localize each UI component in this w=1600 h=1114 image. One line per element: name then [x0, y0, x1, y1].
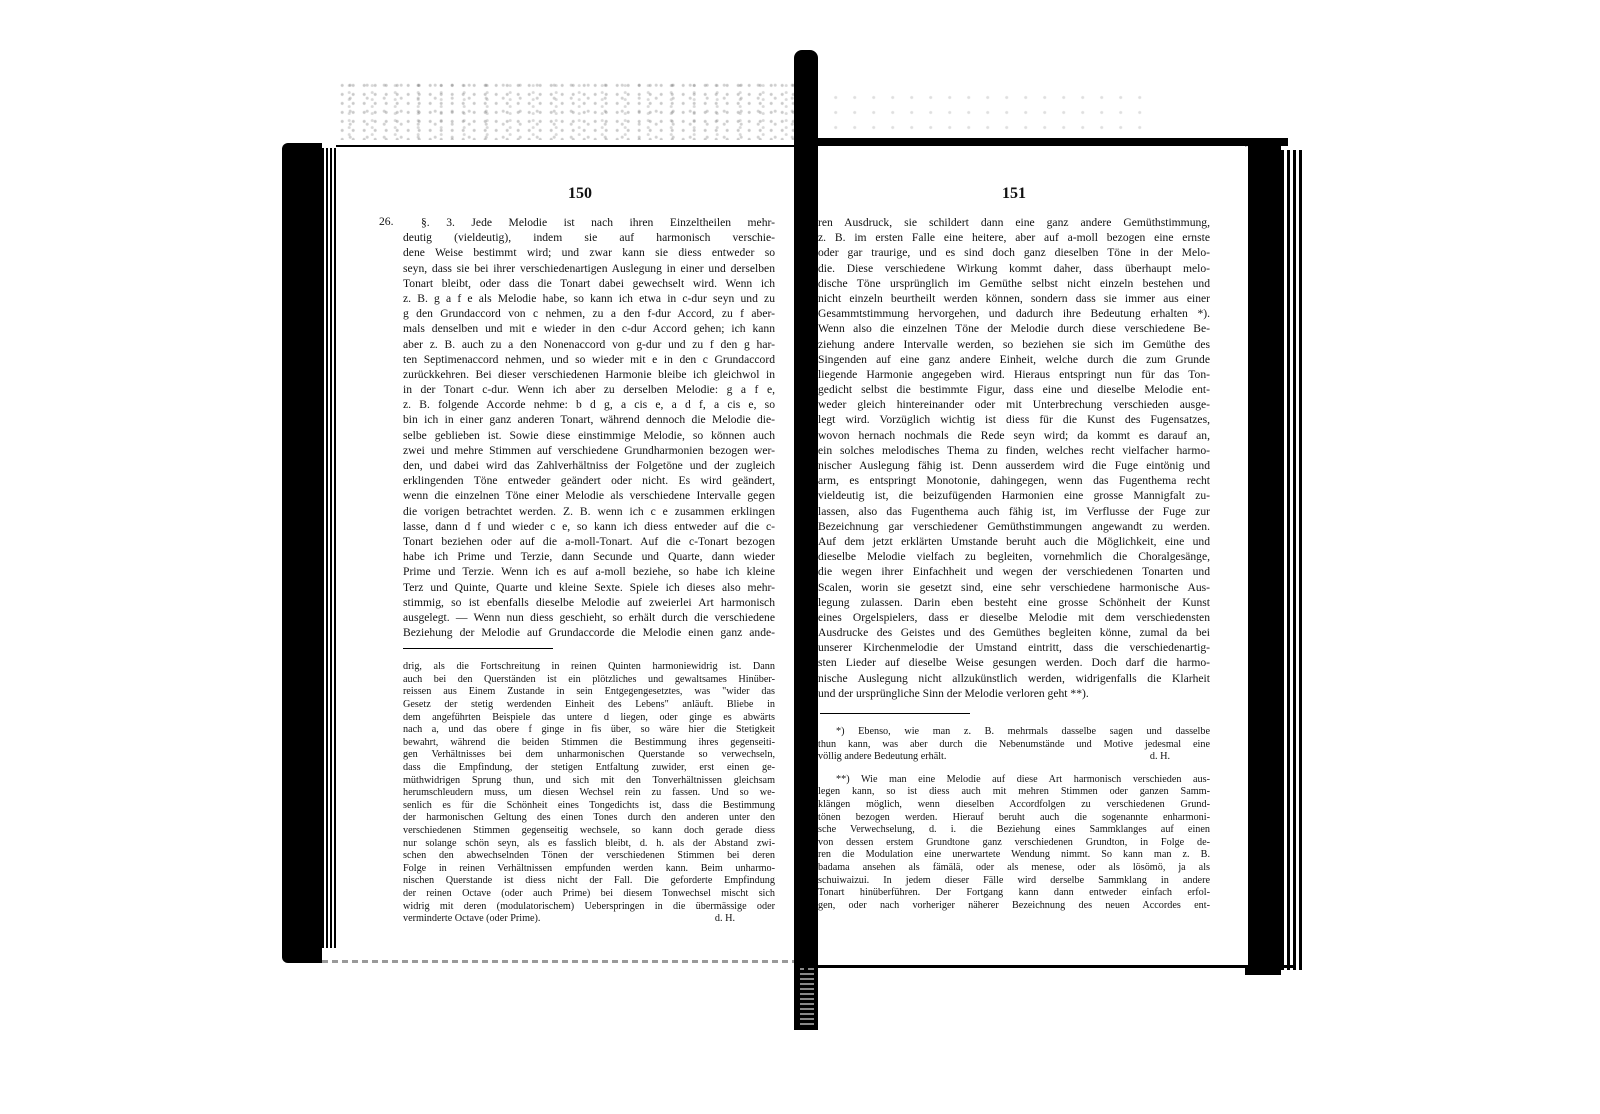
text-line: gen, oder nach vorheriger näherer Bezeic…: [818, 900, 1210, 913]
text-line: senlich es für die Schönheit eines Tonge…: [403, 800, 775, 813]
text-line: Scalen, worin sie gesetzt sind, eine seh…: [818, 580, 1210, 595]
text-line: ren die Modulation eine unerwartete Wend…: [818, 849, 1210, 862]
section-number: 26.: [379, 215, 394, 228]
book-cover-left-edge: [282, 143, 322, 963]
text-line: Singenden auf eine ganz andere Einheit, …: [818, 352, 1210, 367]
text-line: sche Verwechselung, d. i. die Beziehung …: [818, 824, 1210, 837]
footnote-divider: [820, 713, 970, 714]
text-line: dem angeführten Beispiele das untere d l…: [403, 712, 775, 725]
scan-noise: [340, 80, 800, 140]
book-cover-right-edge: [1245, 140, 1281, 975]
text-line: den, und dabei wird das Zahlverhältniss …: [403, 458, 775, 473]
text-line: in der Tonart c-dur. Wenn ich aber zu de…: [403, 382, 775, 397]
text-line: nach a, und das obere f ginge in fis übe…: [403, 724, 775, 737]
book-cover-top-right: [818, 138, 1288, 146]
text-line: nicht einzeln beurtheilt werden können, …: [818, 291, 1210, 306]
text-line: drig, als die Fortschreitung in reinen Q…: [403, 661, 775, 674]
text-line: weder gleich hintereinander oder mit Unt…: [818, 397, 1210, 412]
text-line: ausgelegt. — Wenn nun diess geschieht, s…: [403, 610, 775, 625]
body-text: §. 3. Jede Melodie ist nach ihren Einzel…: [385, 215, 775, 640]
text-line: ziehung andere Intervalle werden, so bez…: [818, 337, 1210, 352]
text-line: schen den abwechselnden Tönen der versch…: [403, 850, 775, 863]
text-line: arm, es entspringt Monotonie, dahingegen…: [818, 473, 1210, 488]
page-top-edge-left: [336, 145, 802, 147]
text-line: dene Weise bestimmt wird; und zwar kann …: [403, 245, 775, 260]
text-line: nische Auslegung nicht allzukünstlich we…: [818, 671, 1210, 686]
text-line: müthwidrigen Sprung thun, und sich mit d…: [403, 775, 775, 788]
page-gutter-right: [804, 140, 808, 970]
text-line: ten Septimenaccord nehmen, und so wieder…: [403, 352, 775, 367]
text-line: herumschleudern muss, um diesen Wechsel …: [403, 787, 775, 800]
book-bottom-edge-right: [804, 965, 1294, 968]
text-line: wovon hernach nochmals die Rede seyn wir…: [818, 428, 1210, 443]
text-line: klängen möglich, wenn dieselben Accordfo…: [818, 799, 1210, 812]
text-line: lasse, dann d f und wieder c e, so kann …: [403, 519, 775, 534]
text-line: auch bei den Querständen ist ein plötzli…: [403, 674, 775, 687]
text-line: zwei und mehre Stimmen auf verschiedene …: [403, 443, 775, 458]
text-line: tönen bezogen werden. Hierauf beruht auc…: [818, 812, 1210, 825]
book-spine-bottom: [800, 965, 814, 1025]
left-page: 150 26. §. 3. Jede Melodie ist nach ihre…: [385, 185, 775, 926]
text-line: ren Ausdruck, sie schildert dann eine ga…: [818, 215, 1210, 230]
text-line: wenn die einzelnen Töne einer Melodie al…: [403, 488, 775, 503]
text-line: der reinen Octave (oder auch Prime) bei …: [403, 888, 775, 901]
text-line: die wegen ihrer Einfachheit und wegen de…: [818, 564, 1210, 579]
text-line: *) Ebenso, wie man z. B. mehrmals dassel…: [818, 726, 1210, 739]
text-line: vieldeutig ist, die beizufügenden Harmon…: [818, 488, 1210, 503]
text-line: Folge in reinen Verhältnissen empfunden …: [403, 863, 775, 876]
text-line: eines Orgelspielers, dass er dieselbe Me…: [818, 610, 1210, 625]
text-line: thun kann, was aber durch die Nebenumstä…: [818, 739, 1210, 752]
text-line: erklingenden Töne entweder geändert oder…: [403, 473, 775, 488]
text-line: Beziehung der Melodie auf Grundaccorde d…: [403, 625, 775, 640]
text-line: seyn, dass sie bei ihrer verschiedenarti…: [403, 261, 775, 276]
text-line: die vorigen betrachtet werden. Z. B. wen…: [403, 504, 775, 519]
text-line: selbe geblieben ist. Sowie diese einstim…: [403, 428, 775, 443]
text-line: Bezeichnung gar verschiedener Gemüthstim…: [818, 519, 1210, 534]
text-line: und der ursprüngliche Sinn der Melodie v…: [818, 686, 1210, 701]
body-text: ren Ausdruck, sie schildert dann eine ga…: [818, 215, 1210, 701]
text-line: badama ansehen als fämälä, oder als mene…: [818, 862, 1210, 875]
text-line: Tonart hinüberführen. Der Fortgang kann …: [818, 887, 1210, 900]
text-line: legt wird. Vorzüglich wichtig ist diess …: [818, 412, 1210, 427]
text-line: Prime und Terzie. Wenn ich es auf a-moll…: [403, 564, 775, 579]
text-line: Ausdrucke des Geistes und des Gemüthes b…: [818, 625, 1210, 640]
right-page: 151 ren Ausdruck, sie schildert dann ein…: [818, 185, 1210, 912]
text-line: gedicht selbst die bestimmte Figur, dass…: [818, 382, 1210, 397]
text-line: zurückkehren. Bei dieser verschiedenen H…: [403, 367, 775, 382]
footnote-divider: [403, 648, 553, 649]
text-line: §. 3. Jede Melodie ist nach ihren Einzel…: [403, 215, 775, 230]
text-line: dieselbe Melodie vielfach zu begleiten, …: [818, 549, 1210, 564]
text-line: Tonart bleibt, oder dass die Tonart dabe…: [403, 276, 775, 291]
text-line: Gesetz der stetig werdenden Einheit des …: [403, 699, 775, 712]
text-line: Wenn also die einzelnen Töne der Melodie…: [818, 321, 1210, 336]
text-line: von dessen erstem Grundtone ganz verschi…: [818, 837, 1210, 850]
text-line: habe ich Prime und Terzie, dann Secunde …: [403, 549, 775, 564]
text-line: bewahrt, während die beiden Stimmen die …: [403, 737, 775, 750]
text-line: die. Diese verschiedene Wirkung kommt da…: [818, 261, 1210, 276]
text-line: unserer Kirchenmelodie der Umstand eintr…: [818, 640, 1210, 655]
text-line: dass die Empfindung, der stetigen Entfal…: [403, 762, 775, 775]
text-line: mals denselben und mit e wieder in den c…: [403, 321, 775, 336]
text-line: reissen aus Einem Zustande in sein Entge…: [403, 686, 775, 699]
footnote-2-text: **) Wie man eine Melodie auf diese Art h…: [818, 774, 1210, 913]
footnote-text: drig, als die Fortschreitung in reinen Q…: [385, 661, 775, 925]
text-line: der harmonischen Geltung des einen Tones…: [403, 812, 775, 825]
text-line: verschiedenen Stimmen gegenseitig wechse…: [403, 825, 775, 838]
page-number: 150: [385, 185, 775, 205]
text-line: z. B. g a f e als Melodie habe, so kann …: [403, 291, 775, 306]
text-line: bin ich in einer ganz anderen Tonart, wä…: [403, 412, 775, 427]
text-line: legen kann, so ist diess auch mit mehren…: [818, 786, 1210, 799]
text-line: schuiwaizui. In jedem dieser Fälle wird …: [818, 875, 1210, 888]
page-corner-right: [1236, 146, 1248, 966]
text-line: liegende Harmonie angegeben wird. Hierau…: [818, 367, 1210, 382]
page-number: 151: [818, 185, 1210, 205]
text-line: legung zulassen. Darin eben besteht eine…: [818, 595, 1210, 610]
text-line: aber z. B. auch zu a den Nonenaccord von…: [403, 337, 775, 352]
text-line: gen Verhältnisses bei dem unharmonischen…: [403, 749, 775, 762]
text-line: Auf dem jetzt erklärten Umstande beruht …: [818, 534, 1210, 549]
scan-noise: [830, 90, 1150, 140]
text-line: oder gar traurige, und es sind doch ganz…: [818, 245, 1210, 260]
text-line: widrig mit deren (modulatorischem) Ueber…: [403, 901, 775, 914]
text-line: dische Töne ursprünglich im Gemüthe selb…: [818, 276, 1210, 291]
text-line: g den Grundaccord von c nehmen, zu a den…: [403, 306, 775, 321]
text-line: stimmig, so ist ebenfalls dieselbe Melod…: [403, 595, 775, 610]
text-line: Gesammtstimmung hervorgehen, und dadurch…: [818, 306, 1210, 321]
text-line: lassen, also das Fugenthema auch fähig i…: [818, 504, 1210, 519]
book-page-edges-right: [1281, 150, 1303, 970]
text-line: z. B. folgende Accorde nehme: b d g, a c…: [403, 397, 775, 412]
text-line: nur solange schön seyn, als es fasslich …: [403, 838, 775, 851]
text-line: nischer Auslegung fähig ist. Denn ausser…: [818, 458, 1210, 473]
book-page-edges-left: [322, 148, 336, 948]
text-line: ein solches melodisches Thema zu finden,…: [818, 443, 1210, 458]
text-line: sten Lieder auf dieselbe Weise gesungen …: [818, 655, 1210, 670]
text-line: deutig (vieldeutig), indem sie auf harmo…: [403, 230, 775, 245]
text-line: Tonart beziehen oder auf die a-moll-Tona…: [403, 534, 775, 549]
text-line: z. B. im ersten Falle eine heitere, aber…: [818, 230, 1210, 245]
text-line: Terz und Quinte, Quarte und kleine Sexte…: [403, 580, 775, 595]
text-line: **) Wie man eine Melodie auf diese Art h…: [818, 774, 1210, 787]
text-line: nischen Querstande ist diess nicht der F…: [403, 875, 775, 888]
book-bottom-edge-left: [322, 960, 802, 963]
